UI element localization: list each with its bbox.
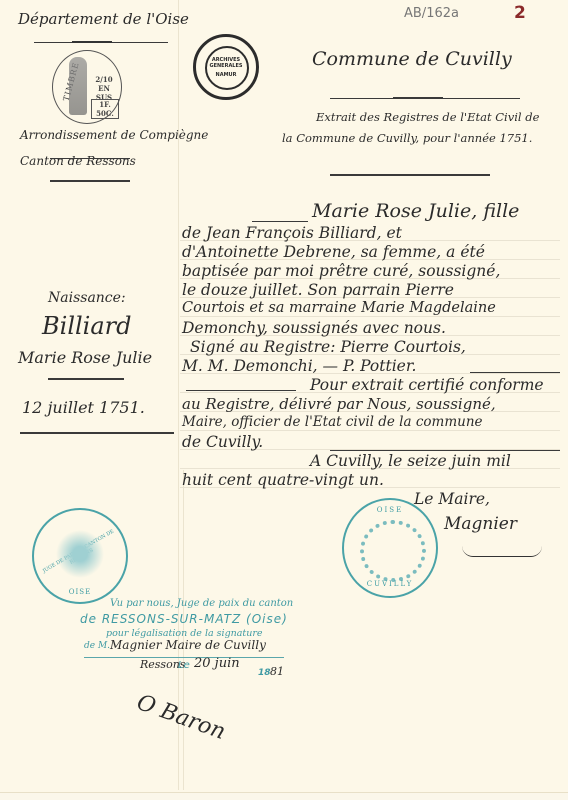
divider [470,372,560,373]
body-line: Demonchy, soussignés avec nous. [182,319,446,337]
divider [50,180,130,182]
record-date: 12 juillet 1751. [22,398,145,417]
legalization-year-stamp: 18 [258,668,271,678]
wreath-icon [360,520,426,582]
extract-heading-line2: la Commune de Cuvilly, pour l'année 1751… [282,131,532,145]
legalization-name: Magnier Maire de Cuvilly [110,638,266,652]
judge-signature: O Baron [133,690,228,745]
body-line: le douze juillet. Son parrain Pierre [182,281,454,299]
divider [72,41,112,43]
legalization-year-hand: 81 [270,665,284,678]
signature-flourish [462,546,542,557]
column-divider [178,0,179,790]
body-line: de Cuvilly. [182,433,263,451]
judge-figure-icon [56,526,104,582]
body-line: d'Antoinette Debrene, sa femme, a été [182,243,485,261]
body-line: A Cuvilly, le seize juin mil [310,452,511,470]
legalization-line2: de RESSONS-SUR-MATZ (Oise) [80,612,288,626]
body-line: M. M. Demonchi, — P. Pottier. [182,357,416,375]
department-label: Département de l'Oise [18,10,189,28]
legalization-line1: Vu par nous, Juge de paix du canton [110,598,293,609]
record-given-names: Marie Rose Julie [18,348,152,367]
divider [48,378,124,380]
body-line: Maire, officier de l'Etat civil de la co… [182,414,483,430]
body-line: huit cent quatre-vingt un. [182,471,384,489]
page-number: 2 [514,3,526,23]
justice-seal: JUGE DE PAIX DU CANTON DE RESSONS OISE [32,508,128,604]
divider [393,97,443,99]
legalization-line4-prefix: de M. [84,641,110,651]
ruled-line [180,430,560,431]
archive-stamp-line3: NAMUR [196,72,256,78]
justice-seal-bottom: OISE [34,588,126,596]
divider [50,158,130,159]
mairie-seal-top: OISE [344,506,436,514]
divider [20,432,174,434]
extract-heading-line1: Extrait des Registres de l'Etat Civil de [316,110,539,124]
divider [330,174,490,176]
mairie-seal-bottom: CUVILLY [344,580,436,588]
body-line: Marie Rose Julie, fille [312,200,519,222]
body-line: Signé au Registre: Pierre Courtois, [190,338,466,356]
legalization-day: 20 juin [194,656,240,671]
tax-stamp: TIMBRE 2/10 EN SUS 1F. 50C. [52,50,122,124]
divider [330,450,560,451]
record-type: Naissance: [48,290,126,306]
body-line: Pour extrait certifié conforme [310,376,544,394]
mairie-seal: OISE CUVILLY [342,498,438,598]
justice-figure-icon [69,57,87,115]
divider [252,221,308,222]
mayor-signature: Magnier [444,514,517,534]
ruled-line [180,316,560,317]
body-line: baptisée par moi prêtre curé, soussigné, [182,262,500,280]
tax-stamp-price: 1F. 50C. [91,99,119,119]
tax-stamp-decime: 2/10 EN SUS [91,75,117,102]
body-line: Courtois et sa marraine Marie Magdelaine [182,300,496,316]
commune-title: Commune de Cuvilly [312,48,512,70]
document-page: AB/162a 2 Département de l'Oise TIMBRE 2… [0,0,568,793]
archive-reference: AB/162a [404,6,459,21]
canton-label: Canton de Ressons [20,154,136,168]
body-line: de Jean François Billiard, et [182,224,402,242]
record-surname: Billiard [42,312,131,340]
divider [186,390,296,391]
body-line: au Registre, délivré par Nous, soussigné… [182,395,496,413]
archive-stamp-line2: GENERALES [196,63,256,69]
archive-stamp: ARCHIVES GENERALES NAMUR [193,34,259,100]
arrondissement-label: Arrondissement de Compiègne [20,128,208,142]
legalization-le: Le [178,660,190,671]
